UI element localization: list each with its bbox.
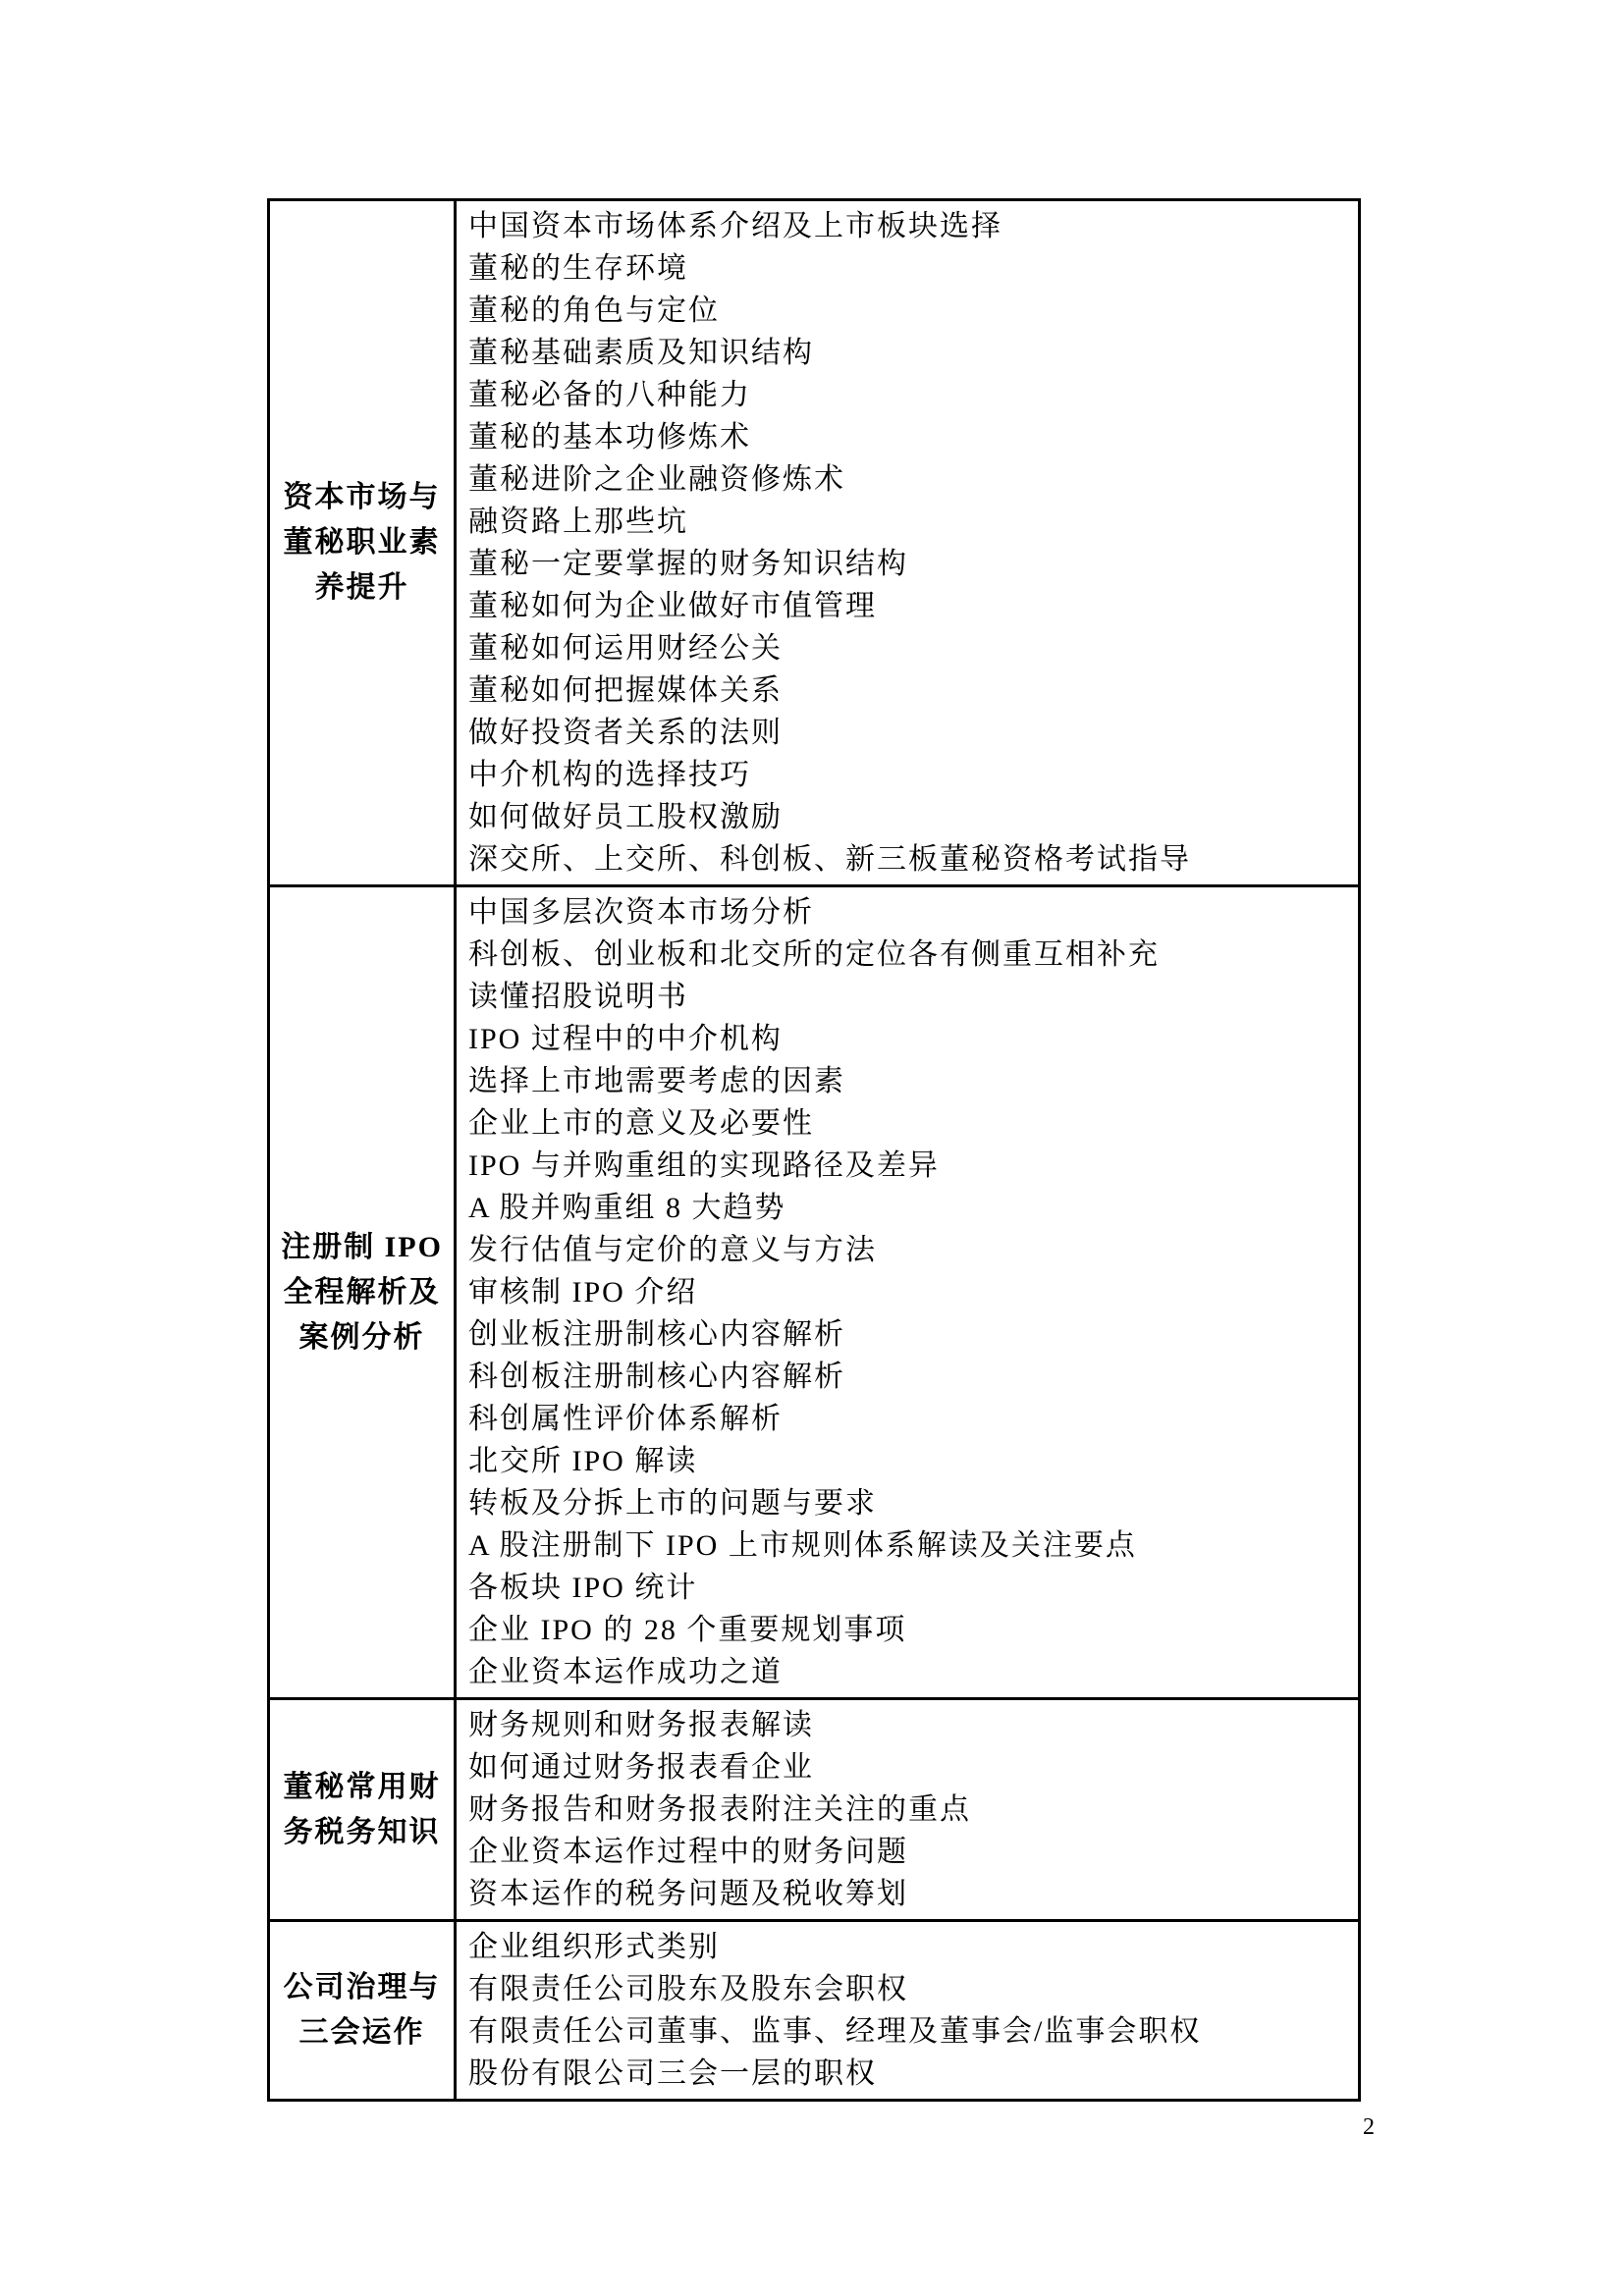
course-outline-table: 资本市场与董秘职业素养提升中国资本市场体系介绍及上市板块选择董秘的生存环境董秘的… [267,198,1361,2102]
topic-item: 董秘的生存环境 [468,247,1350,290]
topics-cell: 企业组织形式类别有限责任公司股东及股东会职权有限责任公司董事、监事、经理及董事会… [456,1921,1360,2101]
category-label-line: 全程解析及 [271,1270,453,1315]
topic-item: 中介机构的选择技巧 [468,754,1350,796]
category-cell: 董秘常用财务税务知识 [269,1699,456,1921]
topics-cell: 中国多层次资本市场分析科创板、创业板和北交所的定位各有侧重互相补充读懂招股说明书… [456,886,1360,1699]
category-label-line: 养提升 [271,565,453,611]
category-label-line: 公司治理与 [271,1965,453,2010]
course-section-row: 董秘常用财务税务知识财务规则和财务报表解读如何通过财务报表看企业财务报告和财务报… [269,1699,1360,1921]
topic-item: IPO 与并购重组的实现路径及差异 [468,1145,1350,1187]
course-section-row: 注册制 IPO全程解析及案例分析中国多层次资本市场分析科创板、创业板和北交所的定… [269,886,1360,1699]
topic-item: 做好投资者关系的法则 [468,712,1350,754]
topic-item: 财务规则和财务报表解读 [468,1704,1350,1746]
topic-item: 有限责任公司董事、监事、经理及董事会/监事会职权 [468,2010,1350,2053]
document-page: 资本市场与董秘职业素养提升中国资本市场体系介绍及上市板块选择董秘的生存环境董秘的… [0,0,1624,2296]
topic-item: 企业资本运作过程中的财务问题 [468,1831,1350,1873]
topic-item: 股份有限公司三会一层的职权 [468,2053,1350,2095]
topic-item: 企业组织形式类别 [468,1926,1350,1968]
topic-item: 董秘的角色与定位 [468,290,1350,332]
topic-item: 转板及分拆上市的问题与要求 [468,1482,1350,1524]
category-label-line: 注册制 IPO [271,1225,453,1270]
page-number: 2 [1363,2112,1375,2142]
category-cell: 资本市场与董秘职业素养提升 [269,200,456,886]
topics-cell: 中国资本市场体系介绍及上市板块选择董秘的生存环境董秘的角色与定位董秘基础素质及知… [456,200,1360,886]
topic-item: 审核制 IPO 介绍 [468,1271,1350,1313]
category-label-line: 案例分析 [271,1315,453,1361]
topic-item: 董秘如何为企业做好市值管理 [468,585,1350,627]
topic-item: 发行估值与定价的意义与方法 [468,1229,1350,1271]
topics-cell: 财务规则和财务报表解读如何通过财务报表看企业财务报告和财务报表附注关注的重点企业… [456,1699,1360,1921]
category-label-line: 务税务知识 [271,1810,453,1855]
course-section-row: 公司治理与三会运作企业组织形式类别有限责任公司股东及股东会职权有限责任公司董事、… [269,1921,1360,2101]
topic-item: 中国多层次资本市场分析 [468,891,1350,934]
topic-item: 如何通过财务报表看企业 [468,1746,1350,1789]
topic-item: 读懂招股说明书 [468,976,1350,1018]
topic-item: 中国资本市场体系介绍及上市板块选择 [468,205,1350,247]
category-label-line: 三会运作 [271,2010,453,2056]
topic-item: 有限责任公司股东及股东会职权 [468,1968,1350,2010]
topic-item: 创业板注册制核心内容解析 [468,1313,1350,1356]
course-outline-table-body: 资本市场与董秘职业素养提升中国资本市场体系介绍及上市板块选择董秘的生存环境董秘的… [269,200,1360,2101]
topic-item: 北交所 IPO 解读 [468,1440,1350,1482]
topic-item: 董秘一定要掌握的财务知识结构 [468,543,1350,585]
course-section-row: 资本市场与董秘职业素养提升中国资本市场体系介绍及上市板块选择董秘的生存环境董秘的… [269,200,1360,886]
topic-item: A 股注册制下 IPO 上市规则体系解读及关注要点 [468,1524,1350,1567]
category-cell: 注册制 IPO全程解析及案例分析 [269,886,456,1699]
topic-item: 企业资本运作成功之道 [468,1651,1350,1693]
topic-item: 科创板注册制核心内容解析 [468,1356,1350,1398]
topic-item: 董秘基础素质及知识结构 [468,332,1350,374]
topic-item: 董秘必备的八种能力 [468,374,1350,416]
topic-item: 董秘如何把握媒体关系 [468,669,1350,712]
topic-item: 融资路上那些坑 [468,501,1350,543]
category-label-line: 资本市场与 [271,475,453,520]
topic-item: A 股并购重组 8 大趋势 [468,1187,1350,1229]
topic-item: 财务报告和财务报表附注关注的重点 [468,1789,1350,1831]
category-label-line: 董秘职业素 [271,520,453,565]
topic-item: 董秘如何运用财经公关 [468,627,1350,669]
topic-item: 各板块 IPO 统计 [468,1567,1350,1609]
topic-item: 深交所、上交所、科创板、新三板董秘资格考试指导 [468,838,1350,881]
topic-item: 董秘的基本功修炼术 [468,416,1350,458]
topic-item: 科创板、创业板和北交所的定位各有侧重互相补充 [468,934,1350,976]
topic-item: 企业 IPO 的 28 个重要规划事项 [468,1609,1350,1651]
topic-item: 董秘进阶之企业融资修炼术 [468,458,1350,501]
topic-item: 科创属性评价体系解析 [468,1398,1350,1440]
category-label-line: 董秘常用财 [271,1765,453,1810]
topic-item: 选择上市地需要考虑的因素 [468,1060,1350,1102]
topic-item: IPO 过程中的中介机构 [468,1018,1350,1060]
topic-item: 如何做好员工股权激励 [468,796,1350,838]
topic-item: 资本运作的税务问题及税收筹划 [468,1873,1350,1915]
category-cell: 公司治理与三会运作 [269,1921,456,2101]
topic-item: 企业上市的意义及必要性 [468,1102,1350,1145]
